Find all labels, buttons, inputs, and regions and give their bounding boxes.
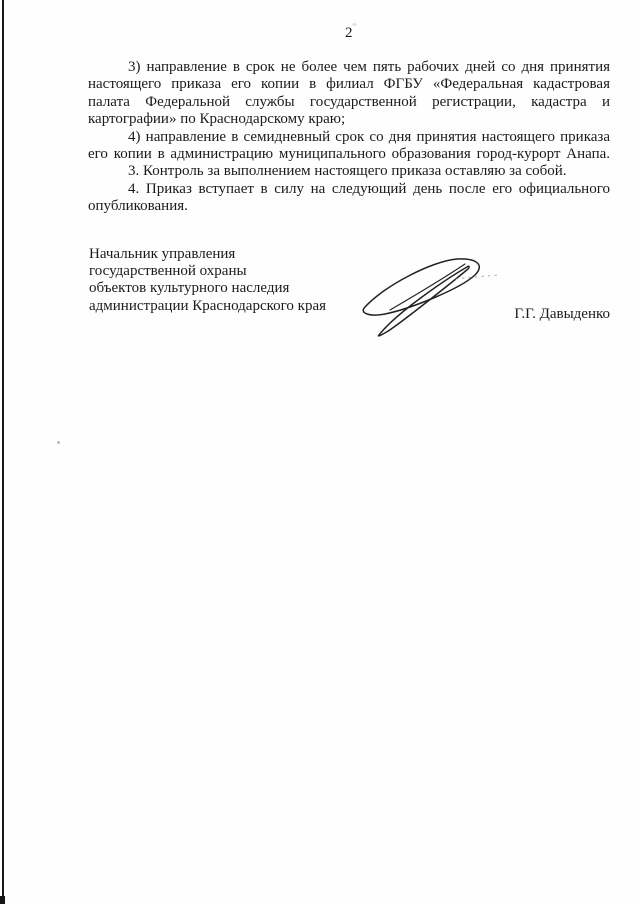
page-number: 2	[88, 25, 610, 42]
body-line: картографии» по Краснодарскому краю;	[88, 111, 610, 128]
body-line: 3. Контроль за выполнением настоящего пр…	[88, 163, 610, 180]
handwritten-signature-icon	[352, 248, 504, 340]
body-line: палата Федеральной службы государственно…	[88, 94, 610, 111]
scan-edge-artifact-left	[2, 0, 4, 904]
scanned-document-page: 2 3) направление в срок не более чем пят…	[0, 0, 639, 904]
signoff-title-line: администрации Краснодарского края	[89, 298, 379, 315]
scan-corner-artifact	[0, 896, 5, 904]
order-body-text: 3) направление в срок не более чем пять …	[88, 59, 610, 216]
signer-name: Г.Г. Давыденко	[420, 306, 610, 323]
signoff-position-block: Начальник управления государственной охр…	[89, 246, 379, 315]
body-line: опубликования.	[88, 198, 610, 215]
body-line: настоящего приказа его копии в филиал ФГ…	[88, 76, 610, 93]
signoff-title-line: государственной охраны	[89, 263, 379, 280]
body-line: 3) направление в срок не более чем пять …	[88, 59, 610, 76]
signoff-title-line: объектов культурного наследия	[89, 280, 379, 297]
scan-speck	[57, 441, 60, 444]
body-line: 4) направление в семидневный срок со дня…	[88, 129, 610, 146]
body-line: 4. Приказ вступает в силу на следующий д…	[88, 181, 610, 198]
signoff-title-line: Начальник управления	[89, 246, 379, 263]
body-line: его копии в администрацию муниципального…	[88, 146, 610, 163]
